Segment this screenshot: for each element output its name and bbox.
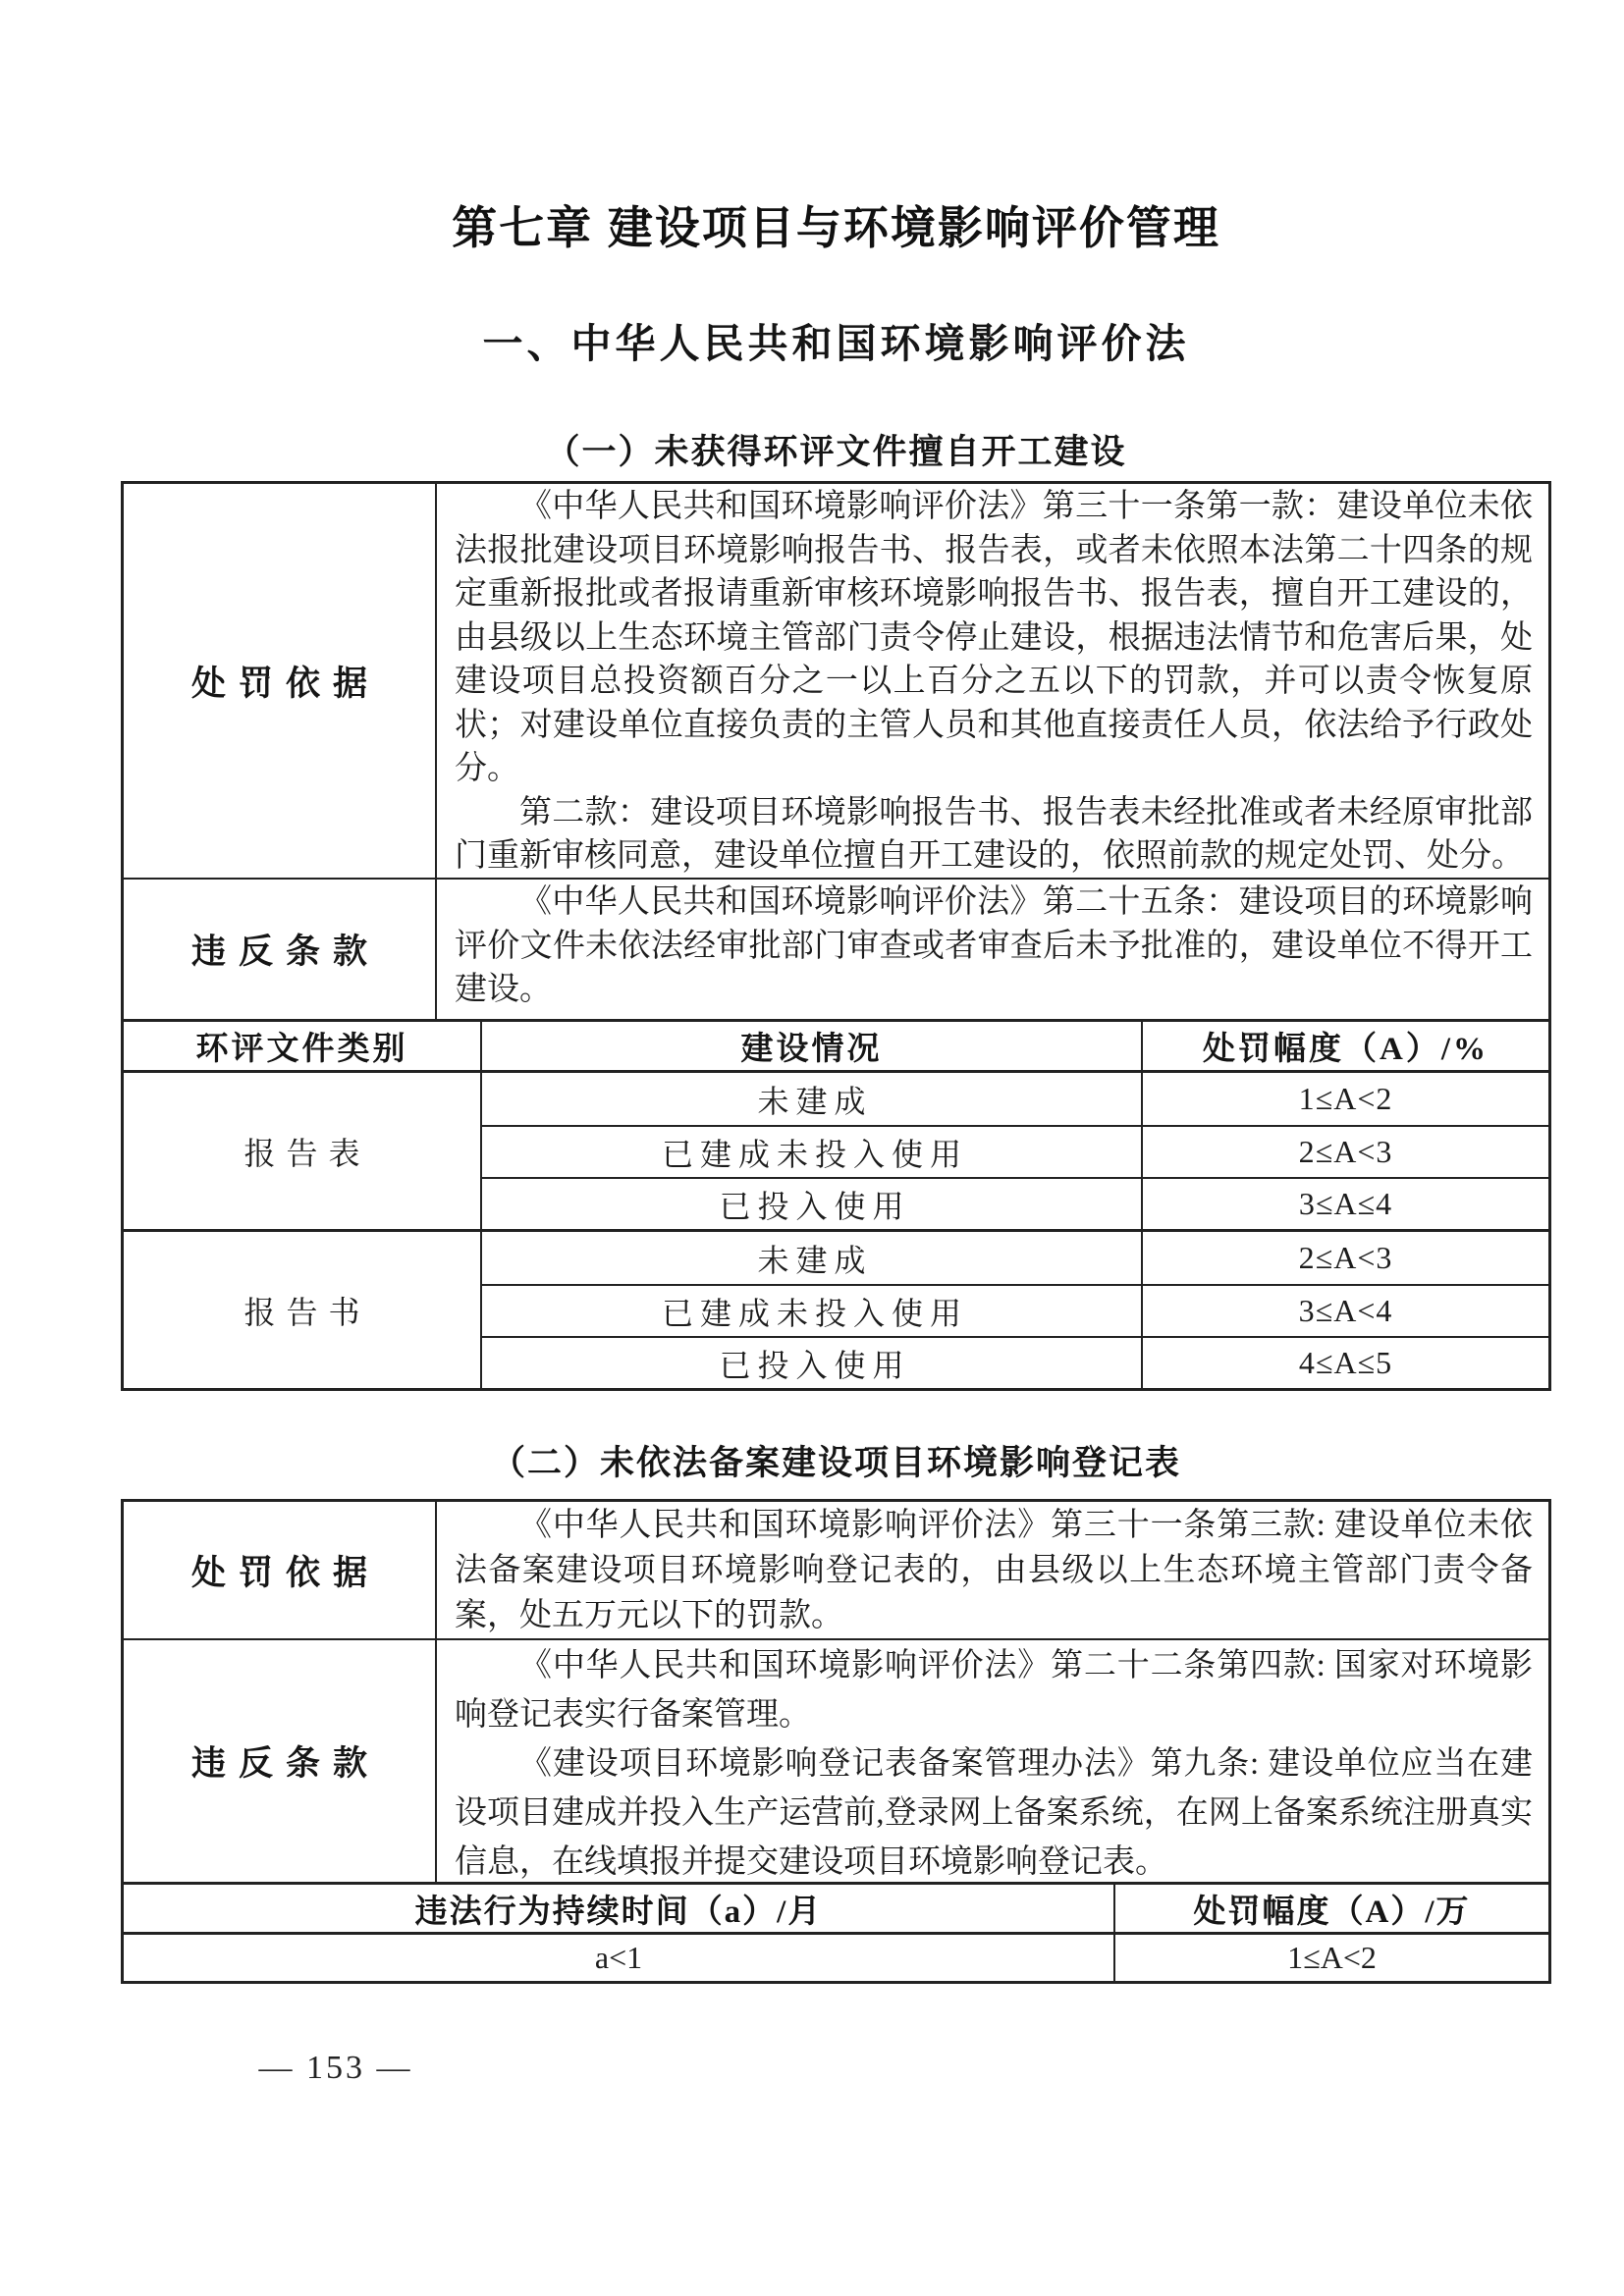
row-status: 已投入使用	[482, 1179, 1143, 1229]
penalty-table-header-row: 环评文件类别 建设情况 处罚幅度（A）/%	[124, 1019, 1548, 1070]
violation2-paragraph-1: 《中华人民共和国环境影响评价法》第二十二条第四款: 国家对环境影响登记表实行备案…	[455, 1641, 1533, 1739]
header-category: 环评文件类别	[124, 1022, 482, 1070]
table-row-violation1: 违反条款 《中华人民共和国环境影响评价法》第二十五条：建设项目的环境影响评价文件…	[124, 878, 1548, 1019]
row-range: 4≤A≤5	[1143, 1338, 1548, 1388]
table-section1: 处罚依据 《中华人民共和国环境影响评价法》第三十一条第一款：建设单位未依法报批建…	[121, 481, 1551, 1391]
row-range: 1≤A<2	[1143, 1073, 1548, 1125]
table-row-basis1: 处罚依据 《中华人民共和国环境影响评价法》第三十一条第一款：建设单位未依法报批建…	[124, 484, 1548, 878]
table-row: 未建成 1≤A<2	[482, 1073, 1548, 1125]
section1-heading: （一）未获得环评文件擅自开工建设	[121, 432, 1551, 473]
row-status: 未建成	[482, 1232, 1143, 1284]
document-page: 第七章 建设项目与环境影响评价管理 一、中华人民共和国环境影响评价法 （一）未获…	[0, 0, 1624, 2296]
violation1-paragraph-1: 《中华人民共和国环境影响评价法》第二十五条：建设项目的环境影响评价文件未依法经审…	[455, 881, 1533, 1012]
basis2-label: 处罚依据	[124, 1502, 437, 1638]
duration-table-header-row: 违法行为持续时间（a）/月 处罚幅度（A）/万	[124, 1882, 1548, 1932]
table-row-violation2: 违反条款 《中华人民共和国环境影响评价法》第二十二条第四款: 国家对环境影响登记…	[124, 1638, 1548, 1882]
page-number: — 153 —	[121, 2050, 551, 2087]
row-range: 2≤A<3	[1143, 1127, 1548, 1177]
violation2-label: 违反条款	[124, 1640, 437, 1882]
row-status: 已建成未投入使用	[482, 1286, 1143, 1336]
violation1-content: 《中华人民共和国环境影响评价法》第二十五条：建设项目的环境影响评价文件未依法经审…	[437, 880, 1548, 1019]
group2-category: 报告书	[124, 1232, 482, 1388]
header-range: 处罚幅度（A）/%	[1143, 1022, 1548, 1070]
table-row: a<1 1≤A<2	[124, 1932, 1548, 1981]
chapter-title: 第七章 建设项目与环境影响评价管理	[121, 202, 1551, 253]
table-row: 已建成未投入使用 3≤A<4	[482, 1284, 1548, 1336]
violation1-label: 违反条款	[124, 880, 437, 1019]
penalty-group-report-book: 报告书 未建成 2≤A<3 已建成未投入使用 3≤A<4 已投入使用 4≤A≤5	[124, 1229, 1548, 1388]
row-range: 3≤A≤4	[1143, 1179, 1548, 1229]
table-row: 未建成 2≤A<3	[482, 1232, 1548, 1284]
header-status: 建设情况	[482, 1022, 1143, 1070]
basis1-paragraph-1: 《中华人民共和国环境影响评价法》第三十一条第一款：建设单位未依法报批建设项目环境…	[455, 485, 1533, 791]
basis1-label: 处罚依据	[124, 484, 437, 878]
table-row: 已投入使用 4≤A≤5	[482, 1336, 1548, 1388]
basis2-content: 《中华人民共和国环境影响评价法》第三十一条第三款: 建设单位未依法备案建设项目环…	[437, 1502, 1548, 1638]
row-range: 2≤A<3	[1143, 1232, 1548, 1284]
row-status: 未建成	[482, 1073, 1143, 1125]
basis1-content: 《中华人民共和国环境影响评价法》第三十一条第一款：建设单位未依法报批建设项目环境…	[437, 484, 1548, 878]
group1-category: 报告表	[124, 1073, 482, 1229]
basis2-paragraph-1: 《中华人民共和国环境影响评价法》第三十一条第三款: 建设单位未依法备案建设项目环…	[455, 1503, 1533, 1638]
table-section2: 处罚依据 《中华人民共和国环境影响评价法》第三十一条第三款: 建设单位未依法备案…	[121, 1499, 1551, 1984]
table-row-basis2: 处罚依据 《中华人民共和国环境影响评价法》第三十一条第三款: 建设单位未依法备案…	[124, 1502, 1548, 1638]
header-duration: 违法行为持续时间（a）/月	[124, 1885, 1115, 1932]
header-range: 处罚幅度（A）/万	[1115, 1885, 1548, 1932]
row-range: 1≤A<2	[1115, 1935, 1548, 1981]
violation2-content: 《中华人民共和国环境影响评价法》第二十二条第四款: 国家对环境影响登记表实行备案…	[437, 1640, 1548, 1882]
row-status: 已投入使用	[482, 1338, 1143, 1388]
table-row: 已建成未投入使用 2≤A<3	[482, 1125, 1548, 1177]
basis1-paragraph-2: 第二款：建设项目环境影响报告书、报告表未经批准或者未经原审批部门重新审核同意，建…	[455, 791, 1533, 879]
row-duration: a<1	[124, 1935, 1115, 1981]
row-range: 3≤A<4	[1143, 1286, 1548, 1336]
table-row: 已投入使用 3≤A≤4	[482, 1177, 1548, 1229]
penalty-group-report-form: 报告表 未建成 1≤A<2 已建成未投入使用 2≤A<3 已投入使用 3≤A≤4	[124, 1070, 1548, 1229]
violation2-paragraph-2: 《建设项目环境影响登记表备案管理办法》第九条: 建设单位应当在建设项目建成并投入…	[455, 1739, 1533, 1882]
row-status: 已建成未投入使用	[482, 1127, 1143, 1177]
law-subtitle: 一、中华人民共和国环境影响评价法	[121, 321, 1551, 366]
section2-heading: （二）未依法备案建设项目环境影响登记表	[121, 1443, 1551, 1484]
